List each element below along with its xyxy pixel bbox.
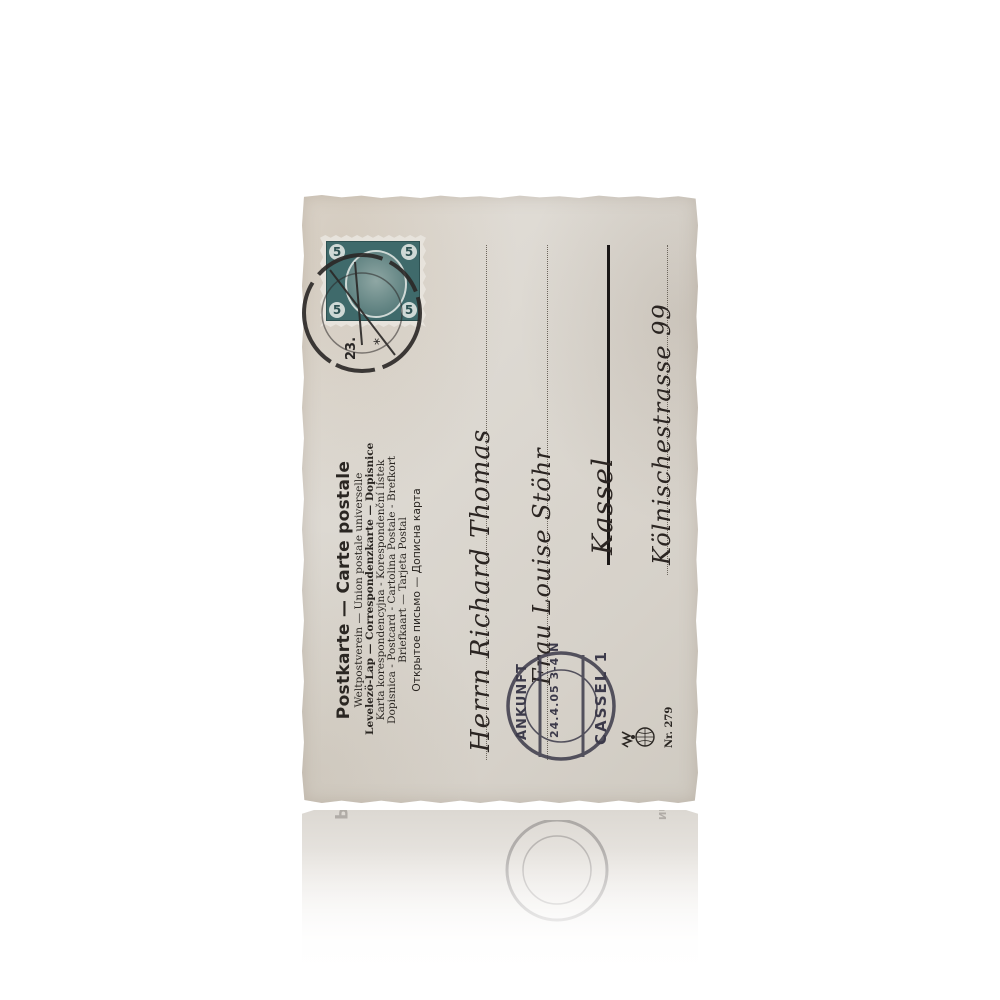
photo-scene: Postkarte — Carte postale Weltpostverein… [0, 0, 1000, 1000]
handwritten-city: Kassel [586, 457, 619, 555]
header-line: Открытое письмо — Дописна карта [411, 445, 422, 735]
header-line: Briefkaart — Tarjeta Postal [398, 445, 409, 735]
arrival-postmark-city: CASSEL 1 [592, 650, 610, 745]
postage-stamp: 5 5 5 5 [320, 235, 426, 327]
handwritten-recipient: Herrn Richard Thomas [466, 429, 496, 752]
stamp-denomination: 5 [401, 244, 417, 260]
arrival-postmark-label: ANKUNFT [515, 663, 530, 740]
stamp-denomination: 5 [329, 302, 345, 318]
handwritten-street: Kölnischestrasse 99 [648, 303, 676, 565]
postcard-title: Postkarte — Carte postale [336, 445, 354, 735]
globe-eagle-logo-icon [614, 722, 660, 752]
stamp-denomination: 5 [401, 302, 417, 318]
catalog-number: Nr. 279 [664, 707, 675, 748]
stamp-denomination: 5 [329, 244, 345, 260]
arrival-postmark-date: 24.4.05 3-4 N [548, 642, 561, 738]
stamp-portrait [345, 250, 407, 318]
printed-header: Postkarte — Carte postale Weltpostverein… [336, 445, 423, 735]
postcard-reflection: Postkarte — Carte postale Nr. 279 [302, 810, 698, 1000]
